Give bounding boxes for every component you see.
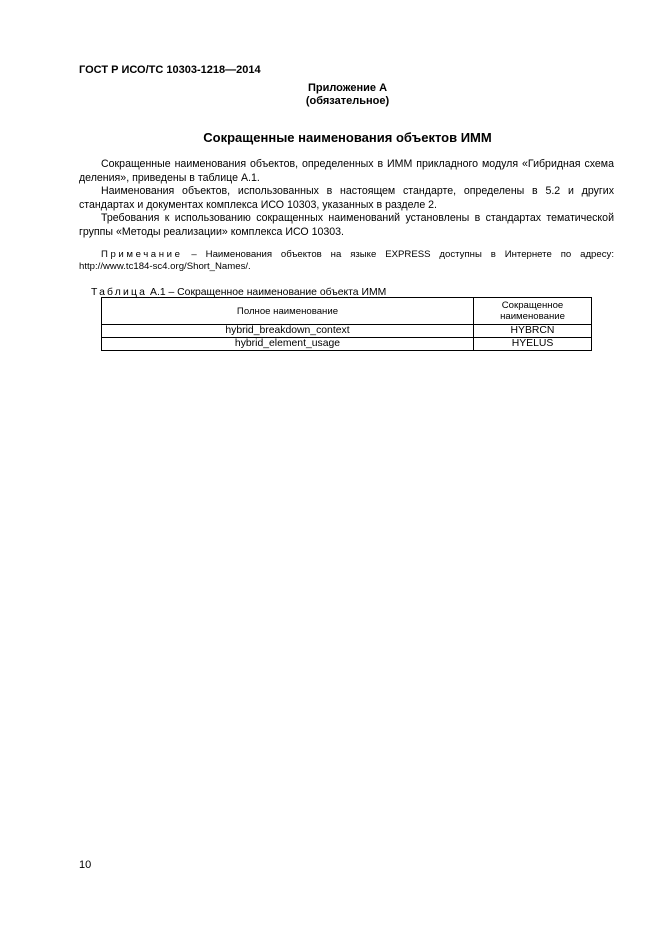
table-row: hybrid_element_usage HYELUS — [102, 338, 592, 351]
page-number: 10 — [79, 859, 91, 871]
header-full-name: Полное наименование — [102, 298, 474, 325]
paragraph: Требования к использованию сокращенных н… — [79, 212, 614, 239]
annex-status: (обязательное) — [34, 95, 661, 108]
table-row: hybrid_breakdown_context HYBRCN — [102, 325, 592, 338]
cell-short-name: HYBRCN — [474, 325, 592, 338]
cell-full-name: hybrid_element_usage — [102, 338, 474, 351]
note: Примечание – Наименования объектов на яз… — [79, 249, 614, 272]
document-header: ГОСТ Р ИСО/ТС 10303-1218—2014 — [79, 64, 261, 76]
paragraph: Сокращенные наименования объектов, опред… — [79, 158, 614, 185]
annex-heading: Приложение А (обязательное) — [0, 82, 661, 108]
cell-full-name: hybrid_breakdown_context — [102, 325, 474, 338]
table-header-row: Полное наименование Сокращенное наименов… — [102, 298, 592, 325]
note-label: Примечание — [101, 249, 183, 260]
annex-title: Приложение А — [34, 82, 661, 95]
paragraph: Наименования объектов, использованных в … — [79, 185, 614, 212]
header-short-name: Сокращенное наименование — [474, 298, 592, 325]
abbreviation-table: Полное наименование Сокращенное наименов… — [101, 297, 592, 351]
cell-short-name: HYELUS — [474, 338, 592, 351]
body-text: Сокращенные наименования объектов, опред… — [79, 158, 614, 240]
section-title: Сокращенные наименования объектов ИММ — [0, 130, 661, 145]
